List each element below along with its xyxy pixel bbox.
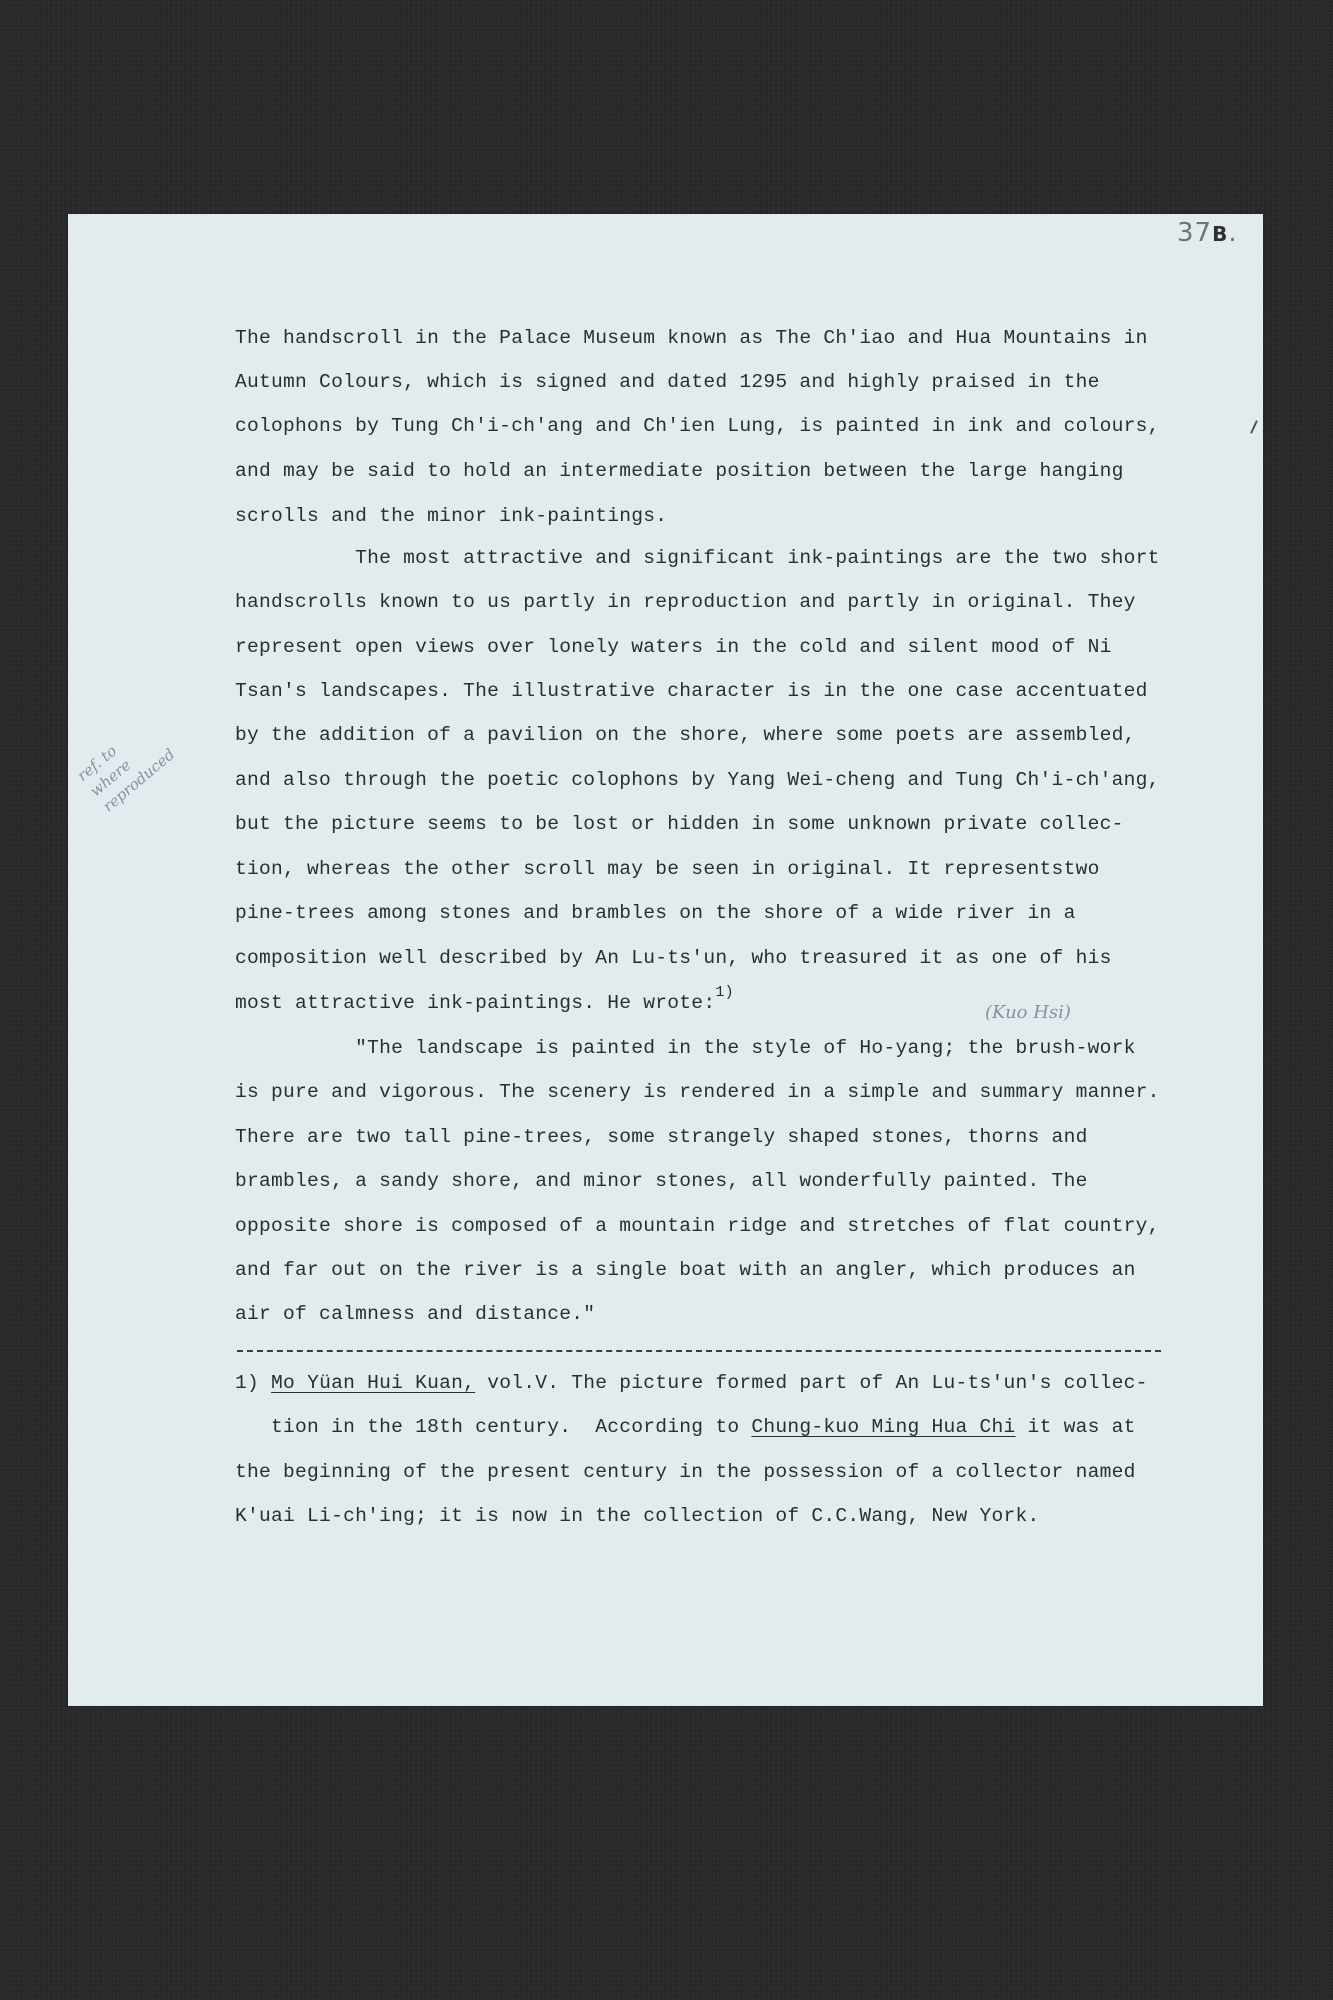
text-line: The handscroll in the Palace Museum know… <box>235 327 1148 349</box>
page-number-suffix: . <box>1228 218 1237 248</box>
text-line: "The landscape is painted in the style o… <box>235 1037 1136 1059</box>
text-line-content: most attractive ink-paintings. He wrote: <box>235 992 715 1014</box>
text-line: and far out on the river is a single boa… <box>235 1259 1136 1281</box>
text-line: composition well described by An Lu-ts'u… <box>235 947 1112 969</box>
footnote-text: tion in the 18th century. According to <box>235 1416 751 1438</box>
text-line: brambles, a sandy shore, and minor stone… <box>235 1170 1088 1192</box>
footnote-line: K'uai Li-ch'ing; it is now in the collec… <box>235 1505 1040 1527</box>
text-line: scrolls and the minor ink-paintings. <box>235 505 667 527</box>
text-line: pine-trees among stones and brambles on … <box>235 902 1076 924</box>
text-line: and also through the poetic colophons by… <box>235 769 1160 791</box>
text-line: most attractive ink-paintings. He wrote:… <box>235 992 734 1014</box>
footnote-marker: 1) <box>235 1372 259 1394</box>
footnote-title-underlined: Mo Yüan Hui Kuan, <box>271 1372 475 1394</box>
text-line: tion, whereas the other scroll may be se… <box>235 858 1100 880</box>
footnote-line: tion in the 18th century. According to C… <box>235 1416 1136 1438</box>
text-line: The most attractive and significant ink-… <box>235 547 1160 569</box>
footnote-title-underlined: Chung-kuo Ming Hua Chi <box>751 1416 1015 1438</box>
text-line: Autumn Colours, which is signed and date… <box>235 371 1100 393</box>
text-line: but the picture seems to be lost or hidd… <box>235 813 1124 835</box>
page-number: 37B. <box>1177 218 1238 248</box>
footnote: 1) Mo Yüan Hui Kuan, vol.V. The picture … <box>235 0 259 110</box>
text-line: handscrolls known to us partly in reprod… <box>235 591 1136 613</box>
pencil-note-kuo-hsi: (Kuo Hsi) <box>985 1002 1071 1023</box>
text-line: air of calmness and distance." <box>235 1303 595 1325</box>
text-line: and may be said to hold an intermediate … <box>235 460 1124 482</box>
text-line: is pure and vigorous. The scenery is ren… <box>235 1081 1160 1103</box>
text-line: by the addition of a pavilion on the sho… <box>235 724 1136 746</box>
footnote-line: 1) Mo Yüan Hui Kuan, vol.V. The picture … <box>235 1372 1148 1394</box>
footnote-divider <box>237 1350 1161 1352</box>
text-line: There are two tall pine-trees, some stra… <box>235 1126 1088 1148</box>
text-line: opposite shore is composed of a mountain… <box>235 1215 1160 1237</box>
footnote-reference: 1) <box>715 984 734 1001</box>
page-number-struck: B <box>1212 222 1228 246</box>
page-number-handwritten: 37 <box>1177 218 1212 248</box>
footnote-line: the beginning of the present century in … <box>235 1461 1136 1483</box>
text-line: Tsan's landscapes. The illustrative char… <box>235 680 1148 702</box>
footnote-text: vol.V. The picture formed part of An Lu-… <box>475 1372 1147 1394</box>
text-line: represent open views over lonely waters … <box>235 636 1112 658</box>
footnote-text: it was at <box>1016 1416 1136 1438</box>
text-line: colophons by Tung Ch'i-ch'ang and Ch'ien… <box>235 415 1160 437</box>
